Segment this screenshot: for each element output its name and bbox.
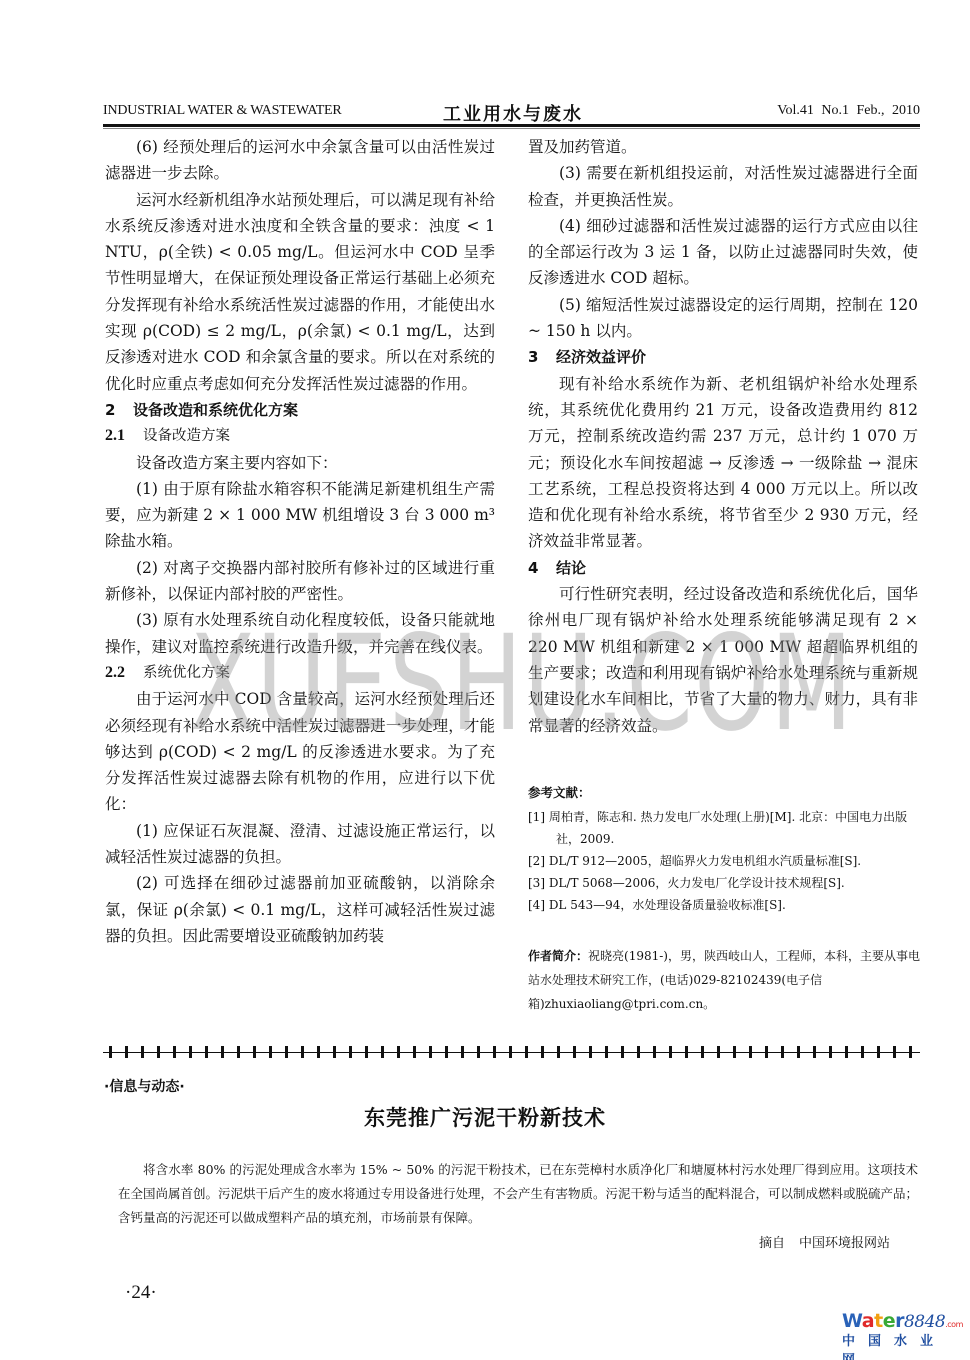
news-source: 摘自中国环境报网站 <box>745 1232 890 1251</box>
logo-letter: a <box>862 1310 874 1332</box>
section-heading-2-2: 2.2系统优化方案 <box>105 660 495 686</box>
source-label: 摘自 <box>759 1236 785 1251</box>
paragraph: 置及加药管道。 <box>528 134 918 160</box>
reference-item: [4] DL 543—94，水处理设备质量验收标准[S]. <box>528 894 920 916</box>
paragraph: (2) 对离子交换器内部衬胶所有修补过的区域进行重新修补，以保证内部衬胶的严密性… <box>105 555 495 608</box>
section-heading-2: 2设备改造和系统优化方案 <box>105 397 495 423</box>
source-name: 中国环境报网站 <box>799 1236 890 1251</box>
right-column: 置及加药管道。 (3) 需要在新机组投运前，对活性炭过滤器进行全面检查，并更换活… <box>528 134 918 739</box>
reference-item: [1] 周柏青，陈志和. 热力发电厂水处理(上册)[M]. 北京：中国电力出版社… <box>528 806 920 850</box>
author-bio: 作者简介：祝晓亮(1981-)，男，陕西岐山人，工程师，本科，主要从事电站水处理… <box>528 944 923 1016</box>
journal-title-en: INDUSTRIAL WATER & WASTEWATER <box>103 103 342 119</box>
paragraph: 由于运河水中 COD 含量较高，运河水经预处理后还必须经现有补给水系统中活性炭过… <box>105 686 495 817</box>
section-number: 2.2 <box>105 660 143 686</box>
paragraph: 运河水经新机组净水站预处理后，可以满足现有补给水系统反渗透对进水浊度和全铁含量的… <box>105 187 495 397</box>
paragraph: (4) 细砂过滤器和活性炭过滤器的运行方式应由以往的全部运行改为 3 运 1 备… <box>528 213 918 292</box>
author-bio-label: 作者简介： <box>528 949 588 963</box>
paragraph: (3) 原有水处理系统自动化程度较低，设备只能就地操作，建议对监控系统进行改造升… <box>105 607 495 660</box>
header-rule-thin <box>103 128 920 129</box>
decorative-divider <box>103 1046 920 1058</box>
logo-letter: t <box>874 1310 883 1332</box>
reference-item: [3] DL/T 5068—2006，火力发电厂化学设计技术规程[S]. <box>528 872 920 894</box>
logo-letter: W <box>842 1310 862 1332</box>
page-header: INDUSTRIAL WATER & WASTEWATER 工业用水与废水 Vo… <box>103 100 920 122</box>
paragraph: 设备改造方案主要内容如下： <box>105 450 495 476</box>
section-number: 4 <box>528 555 556 581</box>
section-title: 系统优化方案 <box>143 665 230 681</box>
news-body: 将含水率 80% 的污泥处理成含水率为 15% ~ 50% 的污泥干粉技术，已在… <box>118 1158 918 1230</box>
paragraph: (1) 应保证石灰混凝、澄清、过滤设施正常运行，以减轻活性炭过滤器的负担。 <box>105 818 495 871</box>
reference-item: [2] DL/T 912—2005，超临界火力发电机组水汽质量标准[S]. <box>528 850 920 872</box>
section-number: 2.1 <box>105 423 143 449</box>
logo-brand: Water8848.com <box>842 1310 962 1332</box>
news-title: 东莞推广污泥干粉新技术 <box>0 1102 970 1132</box>
references-title: 参考文献： <box>528 782 920 804</box>
paragraph: 现有补给水系统作为新、老机组锅炉补给水处理系统，其系统优化费用约 21 万元，设… <box>528 371 918 555</box>
references: 参考文献： [1] 周柏青，陈志和. 热力发电厂水处理(上册)[M]. 北京：中… <box>528 782 920 916</box>
news-paragraph: 将含水率 80% 的污泥处理成含水率为 15% ~ 50% 的污泥干粉技术，已在… <box>118 1158 918 1230</box>
section-number: 3 <box>528 344 556 370</box>
left-column: (6) 经预处理后的运河水中余氯含量可以由活性炭过滤器进一步去除。 运河水经新机… <box>105 134 495 949</box>
logo-letter: r <box>895 1310 904 1332</box>
section-heading-3: 3经济效益评价 <box>528 344 918 370</box>
section-title: 结论 <box>556 559 586 577</box>
paragraph: (2) 可选择在细砂过滤器前加亚硫酸钠，以消除余氯，保证 ρ(余氯) < 0.1… <box>105 870 495 949</box>
section-heading-2-1: 2.1设备改造方案 <box>105 423 495 449</box>
logo-subtitle: 中国水业网 <box>842 1330 962 1360</box>
journal-title-cn: 工业用水与废水 <box>443 100 583 126</box>
issue-info: Vol.41 No.1 Feb., 2010 <box>777 103 920 119</box>
section-title: 设备改造方案 <box>143 428 230 444</box>
paragraph: (3) 需要在新机组投运前，对活性炭过滤器进行全面检查，并更换活性炭。 <box>528 160 918 213</box>
header-rule <box>103 124 920 127</box>
section-title: 设备改造和系统优化方案 <box>133 401 298 419</box>
section-number: 2 <box>105 397 133 423</box>
page-number: ·24· <box>125 1282 157 1304</box>
water8848-logo[interactable]: Water8848.com 中国水业网 <box>842 1310 962 1354</box>
logo-number: 8848 <box>904 1312 945 1332</box>
paragraph: (5) 缩短活性炭过滤器设定的运行周期，控制在 120 ~ 150 h 以内。 <box>528 292 918 345</box>
logo-letter: e <box>883 1310 895 1332</box>
logo-domain: .com <box>945 1320 963 1329</box>
news-section-tag: ·信息与动态· <box>104 1076 185 1096</box>
paragraph: (6) 经预处理后的运河水中余氯含量可以由活性炭过滤器进一步去除。 <box>105 134 495 187</box>
paragraph: (1) 由于原有除盐水箱容积不能满足新建机组生产需要，应为新建 2 × 1 00… <box>105 476 495 555</box>
section-heading-4: 4结论 <box>528 555 918 581</box>
section-title: 经济效益评价 <box>556 348 646 366</box>
paragraph: 可行性研究表明，经过设备改造和系统优化后，国华徐州电厂现有锅炉补给水处理系统能够… <box>528 581 918 739</box>
